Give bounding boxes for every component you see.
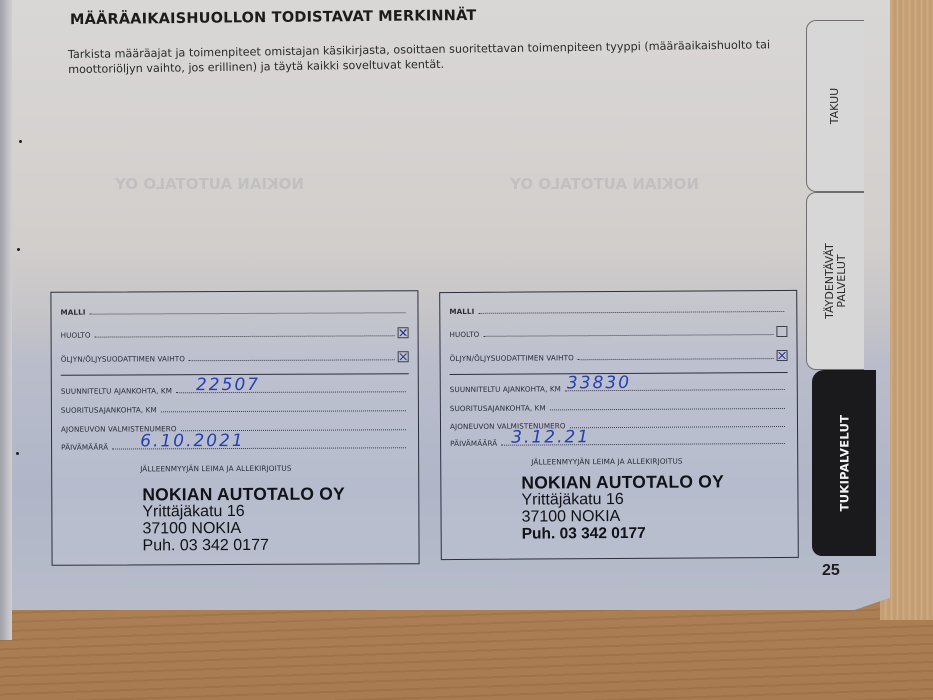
date-label: PÄIVÄMÄÄRÄ bbox=[61, 443, 108, 452]
page-number: 25 bbox=[822, 562, 840, 580]
model-field[interactable] bbox=[90, 312, 406, 314]
service-checkbox[interactable] bbox=[776, 326, 787, 337]
binding-dot bbox=[19, 140, 22, 143]
oil-change-row: ÖLJYN/ÖLJYSUODATTIMEN VAIHTO bbox=[61, 348, 409, 364]
tab-takuu-label: TAKUU bbox=[829, 88, 841, 124]
oil-change-checkbox[interactable] bbox=[398, 351, 409, 362]
oil-change-label: ÖLJYN/ÖLJYSUODATTIMEN VAIHTO bbox=[61, 354, 185, 364]
planned-km-field[interactable]: 33830 bbox=[565, 389, 785, 391]
planned-km-field[interactable]: 22507 bbox=[176, 391, 406, 393]
show-through-text: NOKIAN AUTOTALO OY bbox=[115, 175, 304, 193]
date-value: 3.12.21 bbox=[511, 427, 590, 447]
performed-km-field[interactable] bbox=[161, 410, 406, 412]
date-label: PÄIVÄMÄÄRÄ bbox=[450, 439, 497, 448]
performed-km-label: SUORITUSAJANKOHTA, KM bbox=[450, 403, 546, 413]
service-row: HUOLTO bbox=[61, 324, 409, 340]
performed-km-field[interactable] bbox=[550, 408, 785, 410]
planned-km-row: SUUNNITELTU AJANKOHTA, KM 33830 bbox=[450, 378, 788, 394]
binding-dot bbox=[17, 248, 20, 251]
performed-km-label: SUORITUSAJANKOHTA, KM bbox=[61, 405, 157, 414]
service-checkbox[interactable] bbox=[398, 327, 409, 338]
booklet-spine bbox=[0, 0, 12, 640]
vin-field[interactable] bbox=[570, 426, 785, 428]
signature-label: JÄLLEENMYYJÄN LEIMA JA ALLEKIRJOITUS bbox=[531, 457, 682, 467]
date-value: 6.10.2021 bbox=[140, 431, 245, 451]
dealer-street: Yrittäjäkatu 16 bbox=[142, 503, 345, 521]
model-label: MALLI bbox=[449, 307, 474, 316]
oil-change-checkbox[interactable] bbox=[777, 350, 788, 361]
model-row: MALLI bbox=[60, 301, 408, 317]
dealer-city: 37100 NOKIA bbox=[522, 507, 725, 525]
planned-km-value: 33830 bbox=[567, 373, 631, 393]
vin-row: AJONEUVON VALMISTENUMERO bbox=[450, 415, 788, 431]
tab-taydentavat-label: TÄYDENTÄVÄT PALVELUT bbox=[824, 243, 848, 319]
performed-km-row: SUORITUSAJANKOHTA, KM bbox=[450, 397, 788, 413]
dealer-name: NOKIAN AUTOTALO OY bbox=[521, 473, 724, 491]
tab-label-line-1: TÄYDENTÄVÄT bbox=[823, 243, 836, 319]
leader-dots bbox=[189, 359, 395, 361]
date-field[interactable]: 3.12.21 bbox=[501, 443, 785, 446]
planned-km-label: SUUNNITELTU AJANKOHTA, KM bbox=[61, 386, 172, 395]
tab-tukipalvelut[interactable]: TUKIPALVELUT bbox=[812, 370, 876, 556]
leader-dots bbox=[95, 335, 395, 337]
dealer-phone: Puh. 03 342 0177 bbox=[522, 524, 725, 542]
oil-change-label: ÖLJYN/ÖLJYSUODATTIMEN VAIHTO bbox=[450, 353, 574, 363]
leader-dots bbox=[483, 334, 773, 337]
dealer-stamp: NOKIAN AUTOTALO OY Yrittäjäkatu 16 37100… bbox=[521, 473, 724, 542]
tab-tukipalvelut-label: TUKIPALVELUT bbox=[839, 415, 851, 512]
model-row: MALLI bbox=[449, 300, 787, 316]
oil-change-row: ÖLJYN/ÖLJYSUODATTIMEN VAIHTO bbox=[450, 347, 788, 363]
tab-label-line-2: PALVELUT bbox=[835, 254, 848, 307]
signature-label: JÄLLEENMYYJÄN LEIMA JA ALLEKIRJOITUS bbox=[140, 464, 291, 474]
dealer-city: 37100 NOKIA bbox=[142, 520, 345, 538]
planned-km-row: SUUNNITELTU AJANKOHTA, KM 22507 bbox=[61, 380, 409, 396]
leader-dots bbox=[578, 358, 774, 360]
date-row: PÄIVÄMÄÄRÄ 6.10.2021 bbox=[61, 436, 409, 452]
service-record-card-2: MALLI HUOLTO ÖLJYN/ÖLJYSUODATTIMEN VAIHT… bbox=[439, 290, 799, 560]
planned-km-value: 22507 bbox=[196, 375, 260, 395]
model-field[interactable] bbox=[478, 311, 784, 314]
tab-takuu[interactable]: TAKUU bbox=[806, 20, 864, 192]
performed-km-row: SUORITUSAJANKOHTA, KM bbox=[61, 399, 409, 415]
planned-km-label: SUUNNITELTU AJANKOHTA, KM bbox=[450, 384, 561, 394]
service-record-card-1: MALLI HUOLTO ÖLJYN/ÖLJYSUODATTIMEN VAIHT… bbox=[50, 290, 419, 566]
dealer-stamp: NOKIAN AUTOTALO OY Yrittäjäkatu 16 37100… bbox=[142, 486, 345, 555]
service-label: HUOLTO bbox=[61, 331, 91, 340]
tab-taydentavat-palvelut[interactable]: TÄYDENTÄVÄT PALVELUT bbox=[806, 192, 864, 370]
show-through-text: NOKIAN AUTOTALO OY bbox=[510, 175, 699, 193]
dealer-street: Yrittäjäkatu 16 bbox=[521, 490, 724, 508]
date-field[interactable]: 6.10.2021 bbox=[112, 447, 406, 449]
model-label: MALLI bbox=[60, 308, 85, 317]
service-label: HUOLTO bbox=[449, 330, 479, 339]
service-row: HUOLTO bbox=[449, 323, 787, 339]
binding-dot bbox=[16, 452, 19, 455]
dealer-phone: Puh. 03 342 0177 bbox=[142, 537, 345, 555]
dealer-name: NOKIAN AUTOTALO OY bbox=[142, 486, 345, 504]
date-row: PÄIVÄMÄÄRÄ 3.12.21 bbox=[450, 432, 788, 448]
